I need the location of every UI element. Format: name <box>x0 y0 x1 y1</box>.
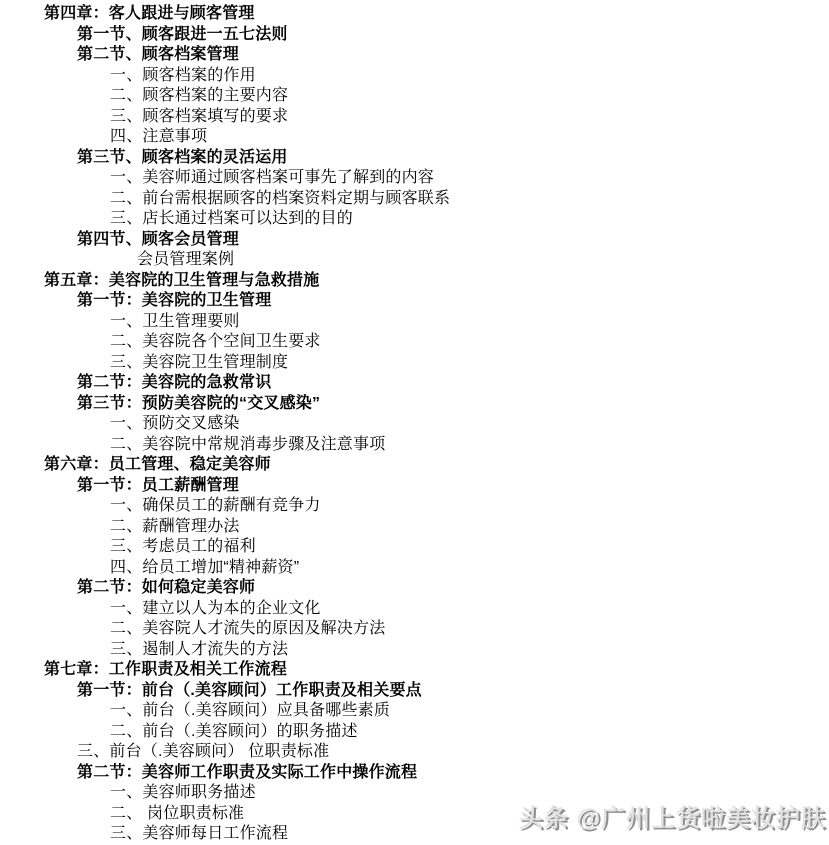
outline-line: 第二节：美容师工作职责及实际工作中操作流程 <box>0 763 829 784</box>
outline-line: 第五章：美容院的卫生管理与急救措施 <box>0 271 829 292</box>
outline-line: 二、美容院中常规消毒步骤及注意事项 <box>0 435 829 456</box>
document-page: 第四章：客人跟进与顾客管理第一节、顾客跟进一五七法则第二节、顾客档案管理一、顾客… <box>0 0 829 845</box>
outline-line: 第六章：员工管理、稳定美容师 <box>0 455 829 476</box>
outline-line: 二、美容院各个空间卫生要求 <box>0 332 829 353</box>
watermark: 头条 @广州上货啦美妆护肤 <box>519 798 826 833</box>
outline-line: 二、美容院人才流失的原因及解决方法 <box>0 619 829 640</box>
outline-line: 第四节、顾客会员管理 <box>0 230 829 251</box>
outline-line: 第四章：客人跟进与顾客管理 <box>0 4 829 25</box>
outline-line: 二、前台需根据顾客的档案资料定期与顾客联系 <box>0 189 829 210</box>
outline-line: 一、美容师通过顾客档案可事先了解到的内容 <box>0 168 829 189</box>
outline-line: 第三节：预防美容院的“交叉感染” <box>0 394 829 415</box>
outline-line: 三、美容院卫生管理制度 <box>0 353 829 374</box>
outline-line: 第一节：员工薪酬管理 <box>0 476 829 497</box>
outline-line: 三、店长通过档案可以达到的目的 <box>0 209 829 230</box>
outline-list: 第四章：客人跟进与顾客管理第一节、顾客跟进一五七法则第二节、顾客档案管理一、顾客… <box>0 0 829 845</box>
outline-line: 三、考虑员工的福利 <box>0 537 829 558</box>
outline-line: 三、顾客档案填写的要求 <box>0 107 829 128</box>
outline-line: 二、薪酬管理办法 <box>0 517 829 538</box>
outline-line: 第一节：前台（.美容顾问）工作职责及相关要点 <box>0 681 829 702</box>
outline-line: 一、预防交叉感染 <box>0 414 829 435</box>
outline-line: 第二节：如何稳定美容师 <box>0 578 829 599</box>
outline-line: 二、前台（.美容顾问）的职务描述 <box>0 722 829 743</box>
outline-line: 一、前台（.美容顾问）应具备哪些素质 <box>0 701 829 722</box>
outline-line: 第七章：工作职责及相关工作流程 <box>0 660 829 681</box>
outline-line: 一、顾客档案的作用 <box>0 66 829 87</box>
outline-line: 第二节：美容院的急救常识 <box>0 373 829 394</box>
outline-line: 三、遏制人才流失的方法 <box>0 640 829 661</box>
outline-line: 一、卫生管理要则 <box>0 312 829 333</box>
outline-line: 三、前台（.美容顾问） 位职责标准 <box>0 742 829 763</box>
outline-line: 四、给员工增加“精神薪资” <box>0 558 829 579</box>
outline-line: 第一节：美容院的卫生管理 <box>0 291 829 312</box>
outline-line: 会员管理案例 <box>0 250 829 271</box>
outline-line: 二、顾客档案的主要内容 <box>0 86 829 107</box>
outline-line: 第三节、顾客档案的灵活运用 <box>0 148 829 169</box>
outline-line: 一、建立以人为本的企业文化 <box>0 599 829 620</box>
outline-line: 第二节、顾客档案管理 <box>0 45 829 66</box>
outline-line: 四、注意事项 <box>0 127 829 148</box>
outline-line: 一、确保员工的薪酬有竞争力 <box>0 496 829 517</box>
outline-line: 第一节、顾客跟进一五七法则 <box>0 25 829 46</box>
